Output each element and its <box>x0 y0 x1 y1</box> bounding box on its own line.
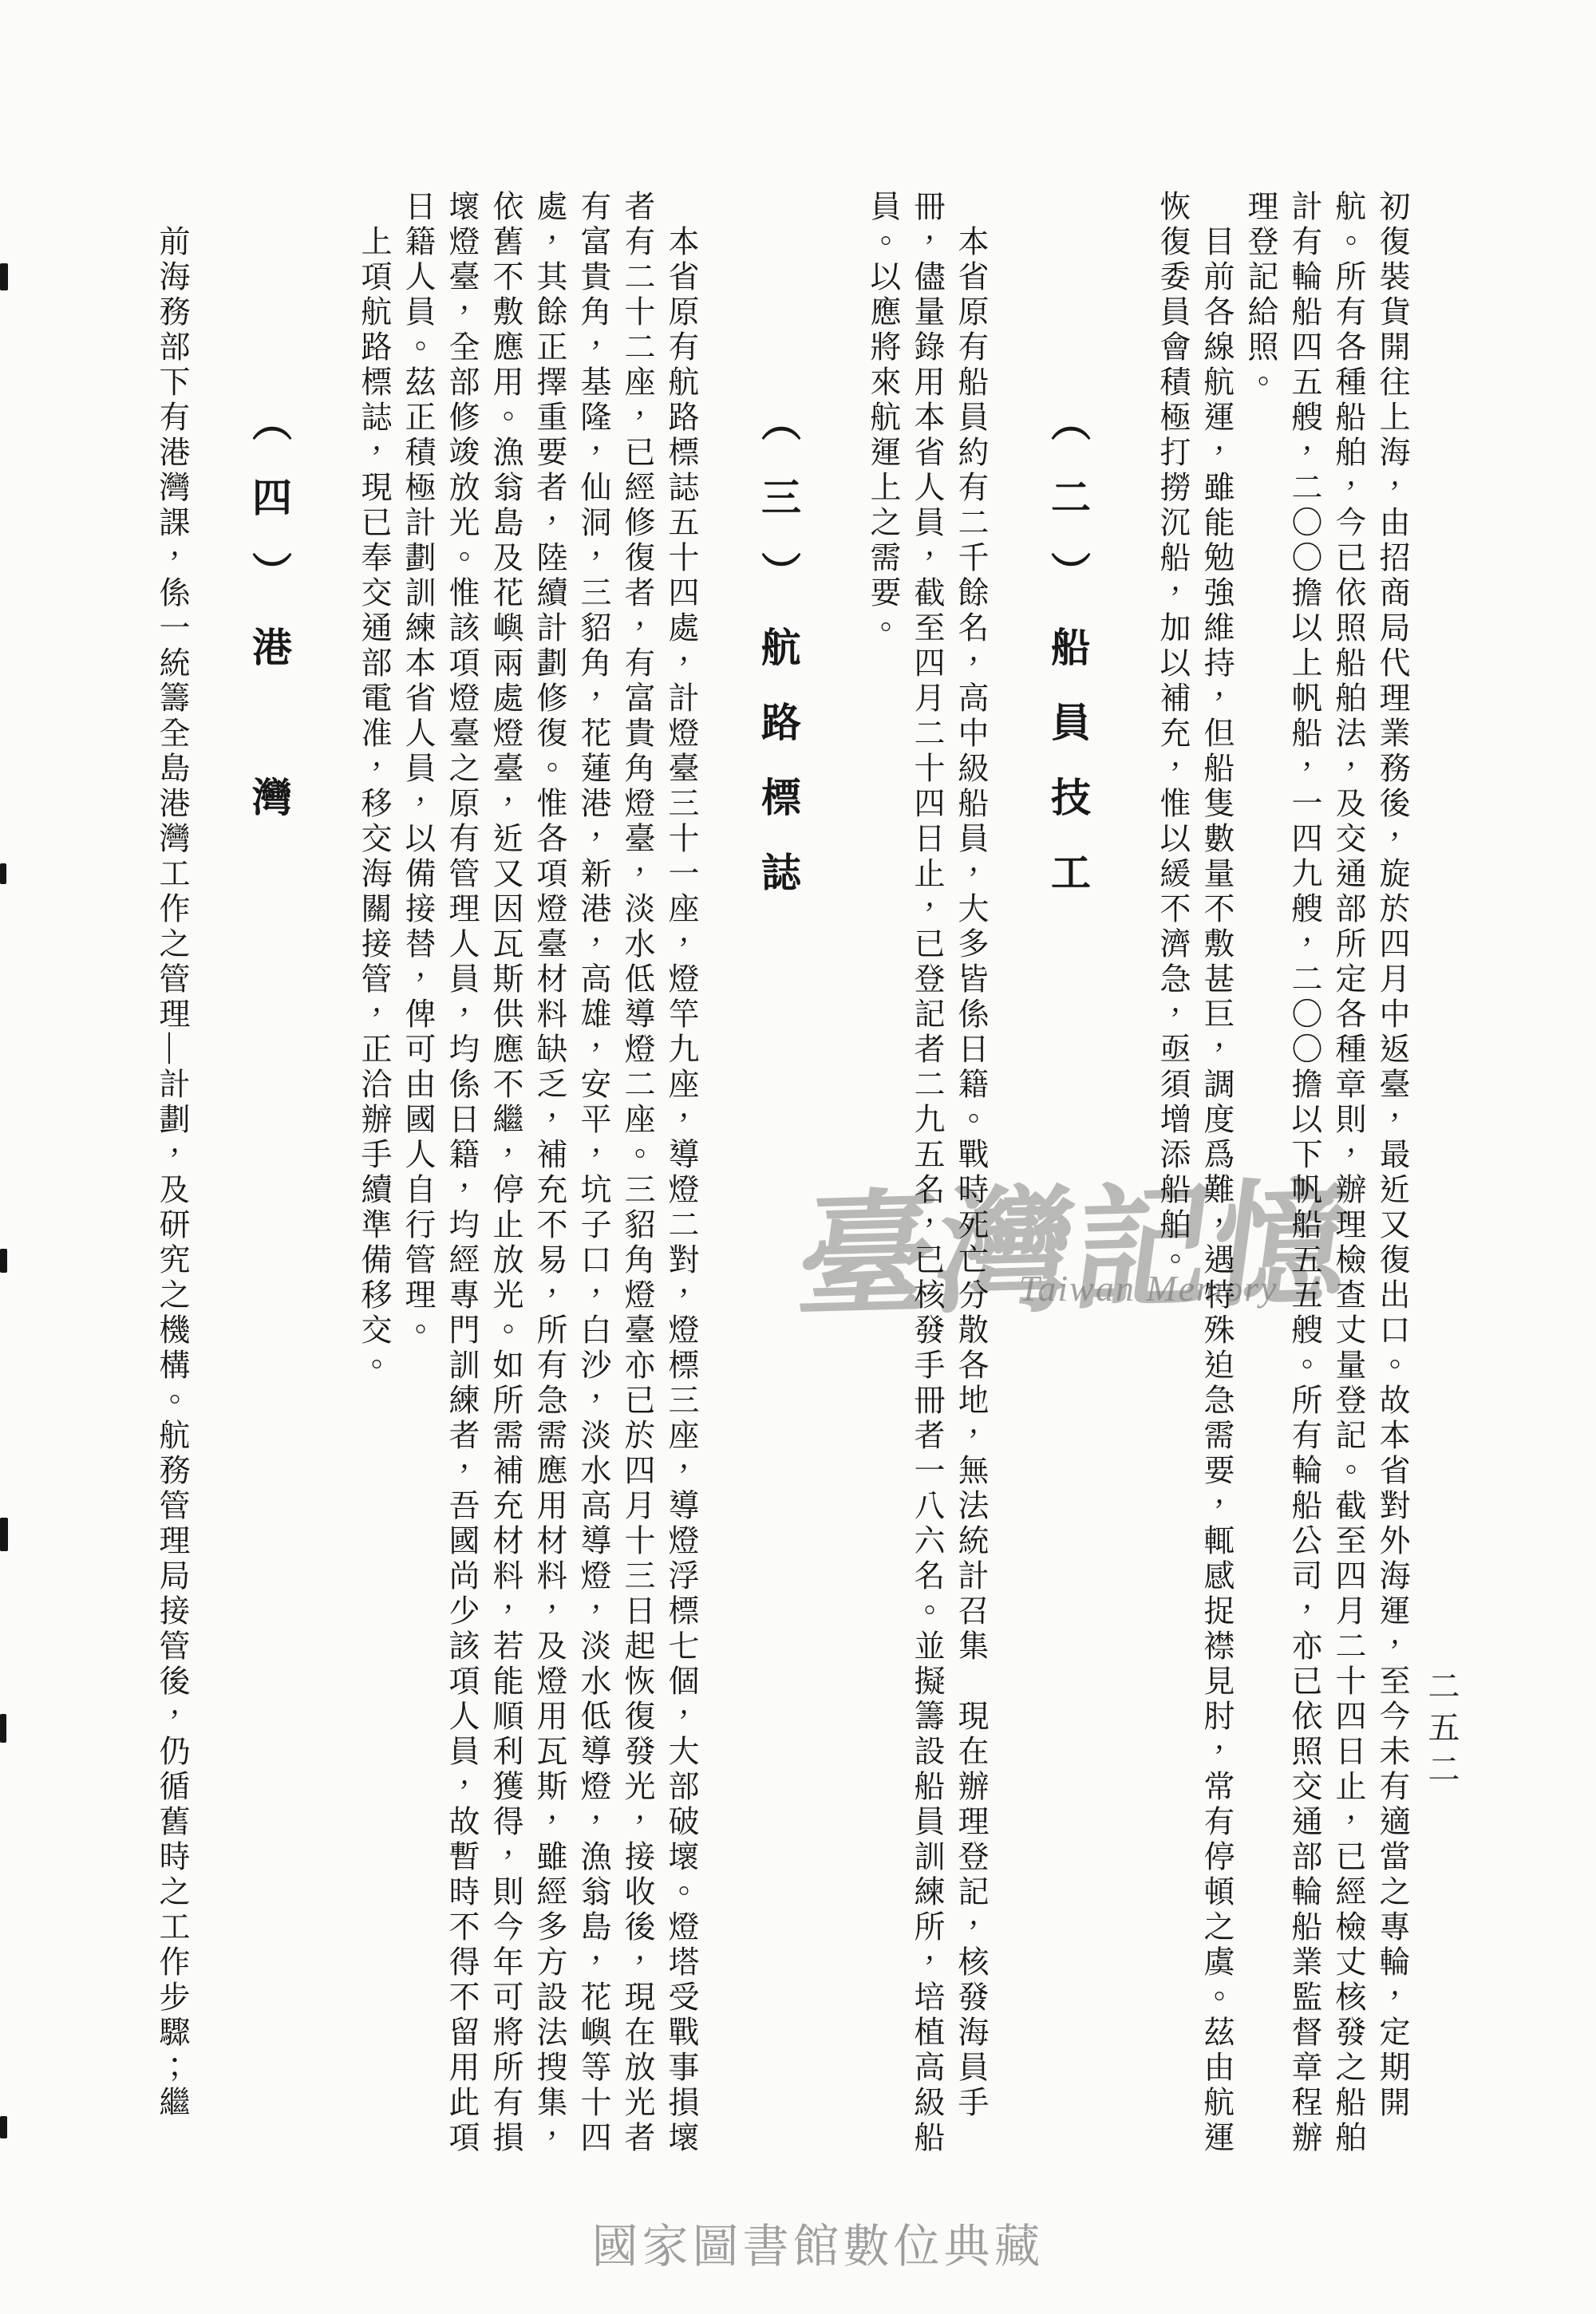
document-text-block: 初復裝貨開往上海，由招商局代理業務後，旋於四月中返臺，最近又復出口。故本省對外海… <box>129 190 1414 2167</box>
scan-artifact <box>0 1518 8 1551</box>
body-paragraph: 上項航路標誌，現已奉交通部電准，移交海關接管，正洽辦手續準備移交。 <box>352 190 396 2167</box>
scan-artifact <box>0 1249 7 1273</box>
section-heading-2: （二）船員技工 <box>1039 190 1096 2167</box>
body-paragraph: 本省原有船員約有二千餘名，高中級船員，大多皆係日籍。戰時死亡分散各地，無法統計召… <box>861 190 993 2167</box>
page-number: 二五二 <box>1419 1669 1464 1794</box>
body-paragraph: 初復裝貨開往上海，由招商局代理業務後，旋於四月中返臺，最近又復出口。故本省對外海… <box>1238 190 1414 2167</box>
section-heading-4: （四）港 灣 <box>240 190 298 2167</box>
footer-caption: 國家圖書館數位典藏 <box>0 2209 1596 2276</box>
body-paragraph: 目前各線航運，雖能勉強維持，但船隻數量不敷甚巨，調度爲難，遇特殊迫急需要，輒感捉… <box>1151 190 1238 2167</box>
body-paragraph: 前海務部下有港灣課，係一統籌全島港灣工作之管理—計劃，及研究之機構。航務管理局接… <box>150 190 194 2167</box>
scan-artifact <box>0 263 8 290</box>
section-heading-3: （三）航路標誌 <box>749 190 807 2167</box>
scan-artifact <box>0 2116 7 2138</box>
scan-artifact <box>0 863 6 884</box>
scanned-document-page: 臺灣記憶 Taiwan Memory 初復裝貨開往上海，由招商局代理業務後，旋於… <box>0 0 1596 2314</box>
scan-artifact <box>0 1714 6 1743</box>
body-paragraph: 本省原有航路標誌五十四處，計燈臺三十一座，燈竿九座，導燈二對，燈標三座，導燈浮標… <box>396 190 703 2167</box>
